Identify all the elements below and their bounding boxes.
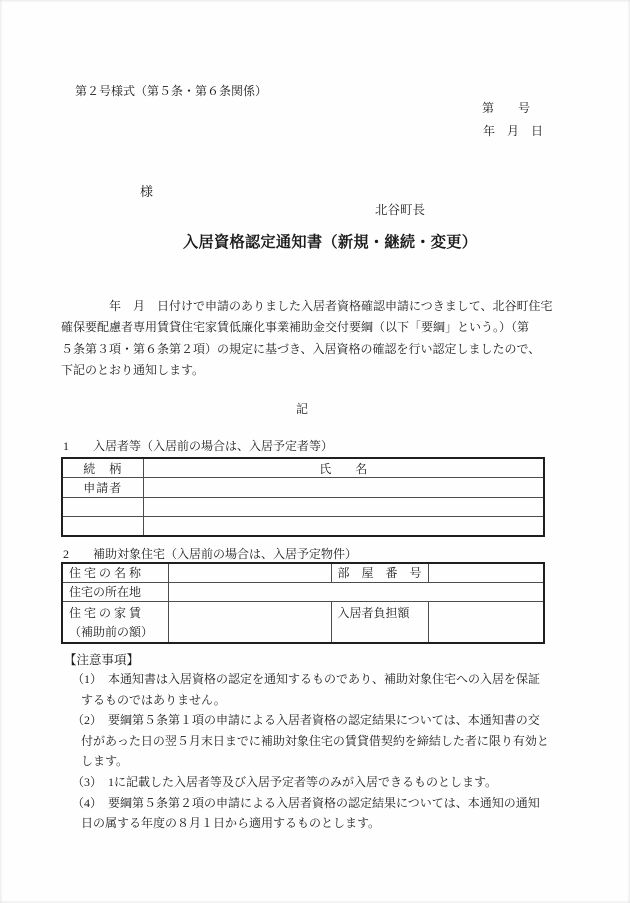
tenant-burden-value-cell (428, 601, 544, 643)
name-cell (143, 517, 544, 537)
applicant-name-cell (143, 478, 544, 498)
table-row (62, 497, 544, 517)
table-row (62, 517, 544, 537)
note-line-continuation: します。 (81, 751, 558, 772)
room-number-label-cell: 部 屋 番 号 (331, 563, 428, 582)
document-number: 第 号 (482, 99, 530, 116)
body-line: ５条第３項・第６条第２項）の規定に基づき、入居資格の確認を行い認定しましたので、 (61, 339, 543, 360)
sender-name: 北谷町長 (375, 200, 425, 218)
section1-heading: 1 入居者等（入居前の場合は、入居予定者等） (63, 437, 333, 454)
name-cell (143, 497, 544, 517)
address-label-cell: 住宅の所在地 (62, 582, 168, 601)
tenant-burden-label-cell: 入居者負担額 (331, 601, 428, 643)
name-column-header: 氏 名 (143, 458, 544, 478)
housing-name-row: 住 宅 の 名 称 部 屋 番 号 (62, 563, 544, 582)
relation-cell (62, 517, 143, 537)
notes-list: （1） 本通知書は入居資格の認定を通知するものであり、補助対象住宅への入居を保証… (72, 669, 558, 834)
rent-label-line2: （補助前の額） (69, 623, 162, 642)
body-line: 確保要配慮者専用賃貸住宅家賃低廉化事業補助金交付要綱（以下「要綱」という。）（第 (61, 317, 543, 338)
relation-column-header: 続 柄 (62, 458, 143, 478)
address-row: 住宅の所在地 (62, 582, 544, 601)
note-line: （3） 1に記載した入居者等及び入居予定者等のみが入居できるものとします。 (72, 772, 558, 793)
rent-row: 住 宅 の 家 賃 （補助前の額） 入居者負担額 (62, 601, 544, 643)
date-line: 年 月 日 (483, 122, 543, 139)
body-paragraph: 年 月 日付けで申請のありました入居者資格確認申請につきまして、北谷町住宅 確保… (61, 296, 543, 382)
record-mark: 記 (61, 400, 543, 417)
addressee-honorific: 様 (140, 181, 153, 200)
body-line: 下記のとおり通知します。 (61, 360, 543, 381)
document-title: 入居資格認定通知書（新規・継続・変更） (183, 231, 477, 252)
residents-header-row: 続 柄 氏 名 (62, 458, 544, 478)
rent-label-cell: 住 宅 の 家 賃 （補助前の額） (62, 601, 168, 643)
document-page: 第２号様式（第５条・第６条関係） 第 号 年 月 日 様 北谷町長 入居資格認定… (0, 0, 630, 903)
relation-cell (62, 497, 143, 517)
body-line: 年 月 日付けで申請のありました入居者資格確認申請につきまして、北谷町住宅 (61, 296, 543, 317)
table-row: 申請者 (62, 478, 544, 498)
housing-table: 住 宅 の 名 称 部 屋 番 号 住宅の所在地 住 宅 の 家 賃 （補助前の… (61, 562, 545, 644)
note-line-continuation: するものではありません。 (81, 690, 558, 711)
address-value-cell (168, 582, 544, 601)
note-line-continuation: 日の属する年度の８月１日から適用するものとします。 (81, 813, 558, 834)
housing-name-value-cell (168, 563, 331, 582)
rent-label-line1: 住 宅 の 家 賃 (69, 604, 162, 623)
room-number-value-cell (428, 563, 544, 582)
note-line-continuation: 付があった日の翌５月末日までに補助対象住宅の賃貸借契約を締結した者に限り有効と (81, 731, 558, 752)
rent-value-cell (168, 601, 331, 643)
housing-name-label-cell: 住 宅 の 名 称 (62, 563, 168, 582)
note-line: （2） 要綱第５条第１項の申請による入居者資格の認定結果については、本通知書の交 (72, 710, 558, 731)
note-line: （4） 要綱第５条第２項の申請による入居者資格の認定結果については、本通知の通知 (72, 793, 558, 814)
applicant-relation-cell: 申請者 (62, 478, 143, 498)
note-line: （1） 本通知書は入居資格の認定を通知するものであり、補助対象住宅への入居を保証 (72, 669, 558, 690)
notes-heading: 【注意事項】 (64, 650, 139, 668)
section2-heading: 2 補助対象住宅（入居前の場合は、入居予定物件） (63, 545, 357, 562)
residents-table: 続 柄 氏 名 申請者 (61, 457, 545, 537)
form-number-label: 第２号様式（第５条・第６条関係） (75, 82, 267, 99)
